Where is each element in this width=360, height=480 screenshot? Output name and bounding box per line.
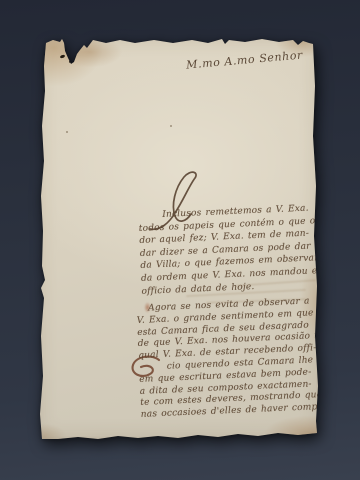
paragraph-1: Inclusos remettemos a V. Exa. todos os p… (138, 202, 328, 298)
salutation: M.mo A.mo Senhor (186, 47, 317, 71)
paper-speck (170, 125, 172, 127)
ink-spot (60, 54, 66, 59)
paper-shadow-wrap: M.mo A.mo Senhor Inclusos remettemos a V… (0, 0, 360, 480)
paragraph-2: Agora se nos evita de observar a V. Exa.… (136, 296, 333, 422)
photo-background: M.mo A.mo Senhor Inclusos remettemos a V… (0, 0, 360, 480)
paper-speck (66, 131, 68, 133)
ink-spot (69, 60, 72, 63)
manuscript-page: M.mo A.mo Senhor Inclusos remettemos a V… (36, 36, 320, 440)
